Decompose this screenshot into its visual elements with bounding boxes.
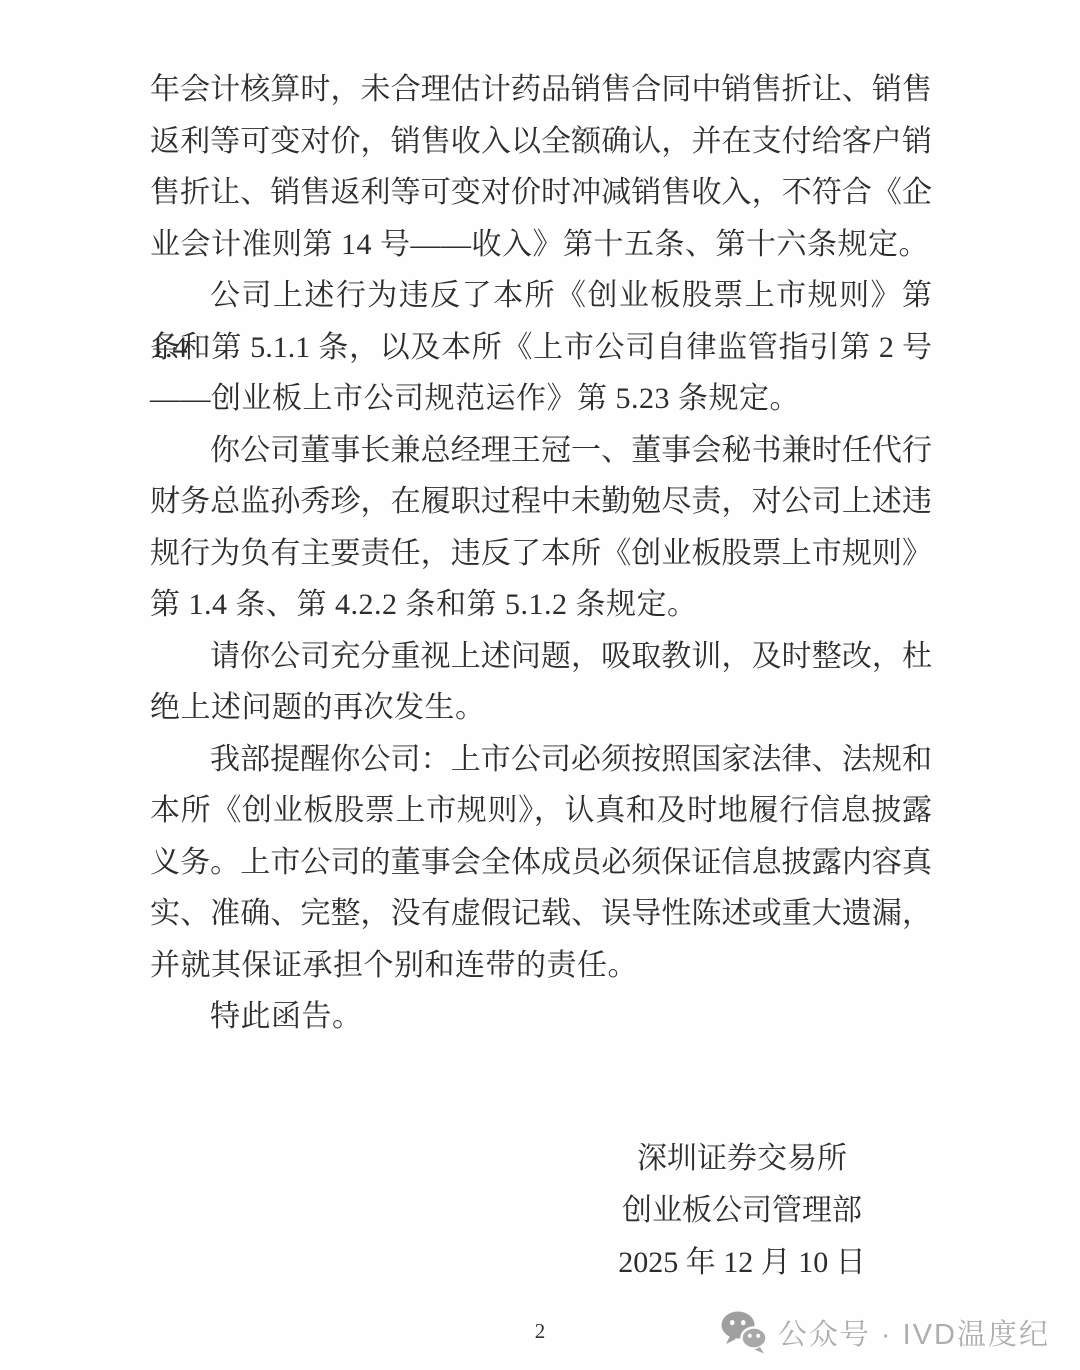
watermark-label: 公众号 · IVD温度纪: [778, 1312, 1050, 1353]
watermark: 公众号 · IVD温度纪: [720, 1310, 1050, 1354]
signature-dept: 创业板公司管理部: [561, 1185, 923, 1237]
text-line: ——创业板上市公司规范运作》第 5.23 条规定。: [150, 373, 932, 425]
text-line: 本所《创业板股票上市规则》，认真和及时地履行信息披露: [150, 785, 932, 837]
text-line: 第 1.4 条、第 4.2.2 条和第 5.1.2 条规定。: [150, 579, 932, 631]
text-line: 绝上述问题的再次发生。: [150, 682, 932, 734]
signature-date: 2025 年 12 月 10 日: [561, 1237, 923, 1289]
text-line: 实、准确、完整，没有虚假记载、误导性陈述或重大遗漏，: [150, 888, 932, 940]
text-line: 义务。上市公司的董事会全体成员必须保证信息披露内容真: [150, 837, 932, 889]
text-line: 业会计准则第 14 号——收入》第十五条、第十六条规定。: [150, 219, 932, 271]
letter-paragraphs: 年会计核算时，未合理估计药品销售合同中销售折让、销售返利等可变对价，销售收入以全…: [150, 64, 932, 1043]
signature-block: 深圳证券交易所 创业板公司管理部 2025 年 12 月 10 日: [561, 1133, 923, 1289]
text-line: 我部提醒你公司：上市公司必须按照国家法律、法规和: [150, 734, 932, 786]
text-line: 规行为负有主要责任，违反了本所《创业板股票上市规则》: [150, 528, 932, 580]
document-page: 年会计核算时，未合理估计药品销售合同中销售折让、销售返利等可变对价，销售收入以全…: [0, 0, 1080, 1370]
text-line: 特此函告。: [150, 991, 932, 1043]
signature-org: 深圳证券交易所: [561, 1133, 923, 1185]
text-line: 年会计核算时，未合理估计药品销售合同中销售折让、销售: [150, 64, 932, 116]
text-line: 财务总监孙秀珍，在履职过程中未勤勉尽责，对公司上述违: [150, 476, 932, 528]
text-line: 请你公司充分重视上述问题，吸取教训，及时整改，杜: [150, 631, 932, 683]
letter-body: 年会计核算时，未合理估计药品销售合同中销售折让、销售返利等可变对价，销售收入以全…: [150, 64, 932, 1289]
text-line: 你公司董事长兼总经理王冠一、董事会秘书兼时任代行: [150, 425, 932, 477]
text-line: 条和第 5.1.1 条，以及本所《上市公司自律监管指引第 2 号: [150, 322, 932, 374]
text-line: 返利等可变对价，销售收入以全额确认，并在支付给客户销: [150, 116, 932, 168]
text-line: 并就其保证承担个别和连带的责任。: [150, 940, 932, 992]
wechat-icon: [720, 1310, 768, 1354]
text-line: 公司上述行为违反了本所《创业板股票上市规则》第 1.4: [150, 270, 932, 322]
text-line: 售折让、销售返利等可变对价时冲减销售收入，不符合《企: [150, 167, 932, 219]
